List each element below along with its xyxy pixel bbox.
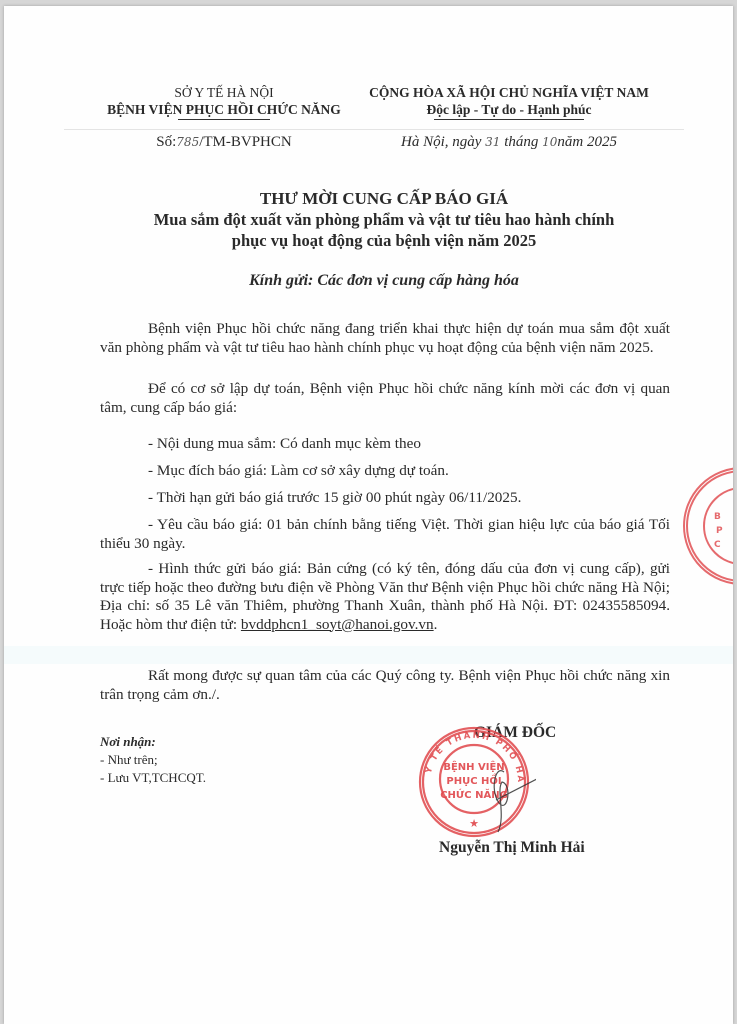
svg-text:BỆNH VIỆN: BỆNH VIỆN	[443, 760, 504, 773]
date-mid: tháng	[500, 134, 542, 150]
ref-suffix: /TM-BVPHCN	[199, 134, 292, 150]
national-motto-block: CỘNG HÒA XÃ HỘI CHỦ NGHĨA VIỆT NAM Độc l…	[359, 84, 659, 120]
requirement-item-submission: - Hình thức gửi báo giá: Bản cứng (có ký…	[100, 560, 670, 634]
ref-prefix: Số:	[156, 134, 176, 150]
submission-end: .	[434, 616, 438, 633]
date-month-handwritten: 10	[542, 135, 557, 149]
issue-date: Hà Nội, ngày 31 tháng 10năm 2025	[359, 134, 659, 151]
recipients-block: Nơi nhận: - Như trên; - Lưu VT,TCHCQT.	[100, 733, 206, 787]
issuer-block: SỞ Y TẾ HÀ NỘI BỆNH VIỆN PHỤC HỒI CHỨC N…	[99, 84, 349, 120]
issuer-parent: SỞ Y TẾ HÀ NỘI	[99, 84, 349, 101]
reference-number: Số:785/TM-BVPHCN	[99, 134, 349, 151]
closing-paragraph: Rất mong được sự quan tâm của các Quý cô…	[100, 667, 670, 704]
svg-text:★: ★	[469, 817, 479, 830]
date-prefix: Hà Nội, ngày	[401, 134, 485, 150]
national-title: CỘNG HÒA XÃ HỘI CHỦ NGHĨA VIỆT NAM	[359, 84, 659, 101]
requirement-item: - Thời hạn gửi báo giá trước 15 giờ 00 p…	[100, 489, 718, 508]
paragraph-invitation: Để có cơ sở lập dự toán, Bệnh viện Phục …	[100, 380, 670, 417]
scan-artifact-band	[4, 646, 733, 664]
subtitle-line-2: phục vụ hoạt động của bệnh viện năm 2025	[104, 230, 664, 251]
date-suffix: năm 2025	[557, 134, 617, 150]
partial-stamp-icon: B P C	[680, 461, 733, 591]
recipients-label: Nơi nhận:	[100, 733, 206, 751]
requirement-item: - Yêu cầu báo giá: 01 bản chính bằng tiế…	[100, 516, 670, 553]
official-stamp-icon: Y TẾ THÀNH PHỐ HÀ BỆNH VIỆN PHỤC HỒI CHỨ…	[416, 724, 536, 842]
requirement-item: - Mục đích báo giá: Làm cơ sở xây dựng d…	[100, 462, 718, 481]
ref-number-handwritten: 785	[176, 135, 199, 149]
svg-text:C: C	[714, 540, 721, 550]
issuer-name: BỆNH VIỆN PHỤC HỒI CHỨC NĂNG	[99, 101, 349, 118]
fold-line	[64, 129, 684, 130]
national-motto: Độc lập - Tự do - Hạnh phúc	[359, 101, 659, 118]
svg-text:B: B	[714, 512, 721, 522]
motto-underline	[434, 119, 584, 120]
document-title: THƯ MỜI CUNG CẤP BÁO GIÁ	[104, 189, 664, 209]
document-subtitle: Mua sắm đột xuất văn phòng phẩm và vật t…	[104, 209, 664, 251]
svg-text:PHỤC HỒI: PHỤC HỒI	[446, 772, 501, 787]
document-page: SỞ Y TẾ HÀ NỘI BỆNH VIỆN PHỤC HỒI CHỨC N…	[4, 6, 733, 1024]
recipient-line: - Như trên;	[100, 751, 206, 769]
signer-name: Nguyễn Thị Minh Hải	[439, 839, 585, 857]
paragraph-intro: Bệnh viện Phục hồi chức năng đang triển …	[100, 320, 670, 357]
requirement-item: - Nội dung mua sắm: Có danh mục kèm theo	[100, 435, 718, 454]
recipient-salutation: Kính gửi: Các đơn vị cung cấp hàng hóa	[104, 272, 664, 290]
subtitle-line-1: Mua sắm đột xuất văn phòng phẩm và vật t…	[104, 209, 664, 230]
email-link[interactable]: bvddphcn1_soyt@hanoi.gov.vn	[241, 616, 434, 633]
recipient-line: - Lưu VT,TCHCQT.	[100, 769, 206, 787]
issuer-underline	[178, 119, 270, 120]
svg-text:P: P	[716, 526, 723, 536]
date-day-handwritten: 31	[485, 135, 500, 149]
